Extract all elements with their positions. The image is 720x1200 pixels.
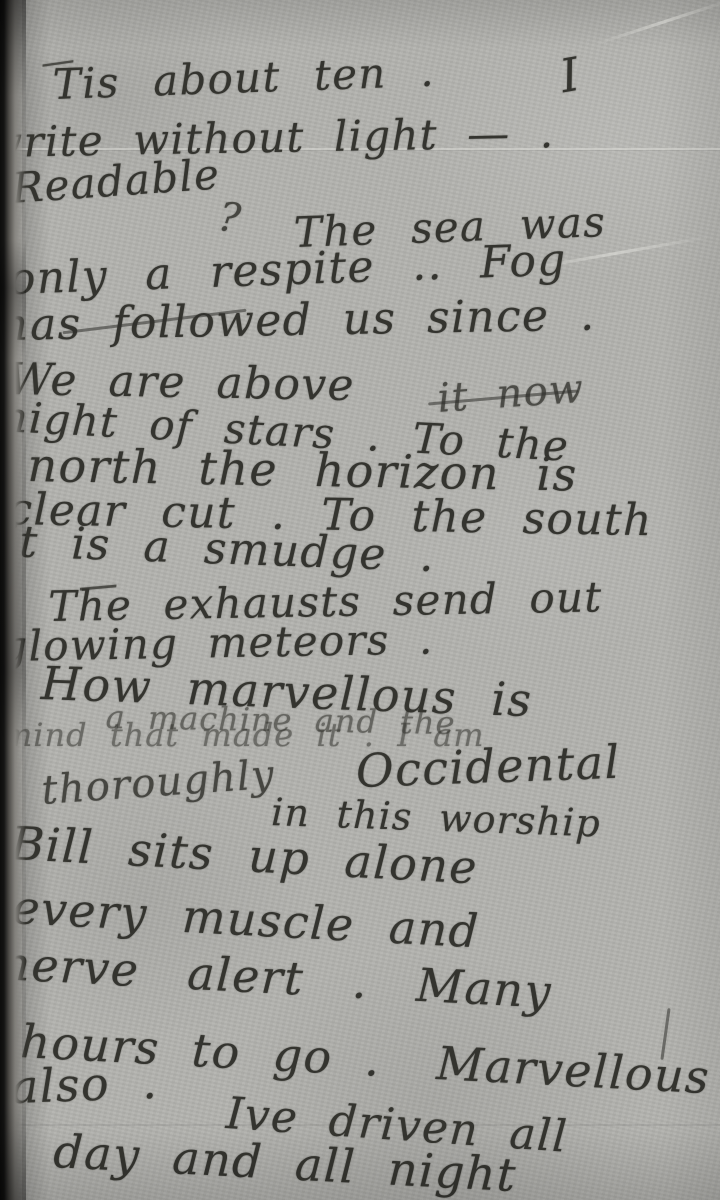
- handwriting-line: I: [556, 47, 585, 104]
- handwriting-line: Occidental: [355, 735, 621, 798]
- handwriting-question-mark: ?: [216, 194, 245, 243]
- handwriting-crossed-words: it now: [436, 366, 586, 422]
- binding-edge-shadow: [0, 0, 26, 1200]
- handwriting-line: Marvellous: [435, 1036, 711, 1104]
- handwriting-line: also .: [10, 1055, 159, 1114]
- notebook-page: — Tis about ten . I write without light …: [0, 0, 720, 1200]
- handwriting-line: thoroughly: [40, 752, 276, 814]
- handwriting-line: has followed us since .: [0, 290, 596, 351]
- paper-crease: [593, 0, 720, 46]
- handwriting-line: Tis about ten .: [52, 47, 435, 109]
